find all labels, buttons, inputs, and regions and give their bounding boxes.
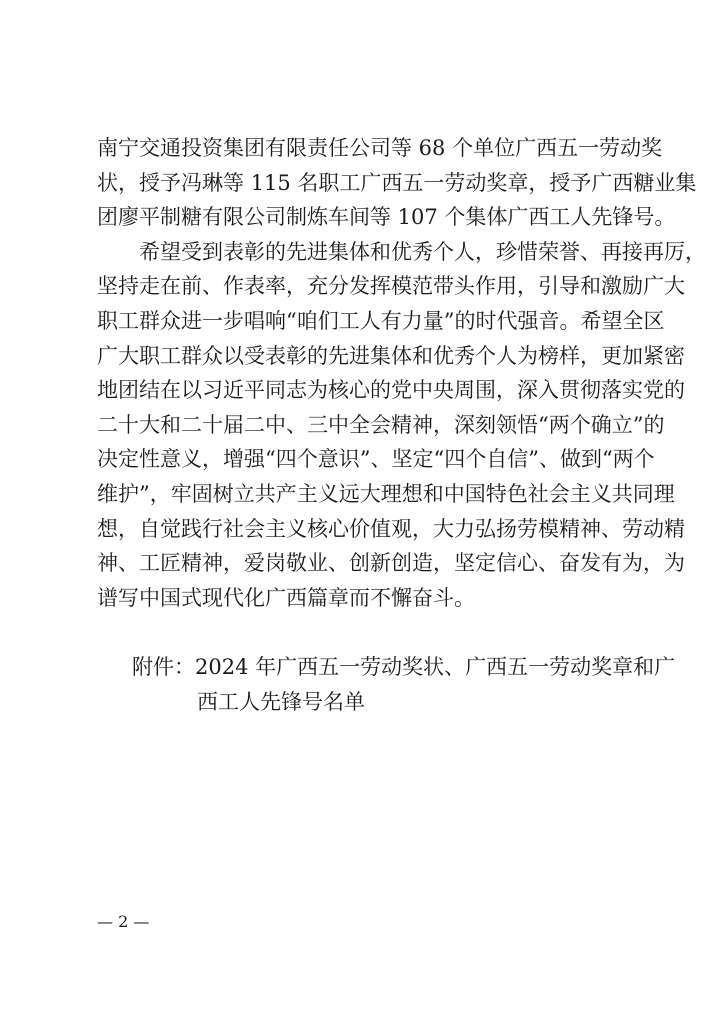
attachment-line-2: 西工人先锋号名单 <box>132 685 629 720</box>
paragraph-2-line-9: 想，自觉践行社会主义核心价值观，大力弘扬劳模精神、劳动精 <box>97 512 629 547</box>
document-page: 南宁交通投资集团有限责任公司等 68 个单位广西五一劳动奖 状，授予冯琳等 11… <box>0 0 719 1017</box>
paragraph-1-line-3: 团廖平制糖有限公司制炼车间等 107 个集体广西工人先锋号。 <box>97 200 629 235</box>
paragraph-2-line-2: 坚持走在前、作表率，充分发挥模范带头作用，引导和激励广大 <box>97 269 629 304</box>
paragraph-2-line-4: 广大职工群众以受表彰的先进集体和优秀个人为榜样，更加紧密 <box>97 339 629 374</box>
paragraph-2-line-7: 决定性意义，增强“四个意识”、坚定“四个自信”、做到“两个 <box>97 442 629 477</box>
attachment-line-1: 附件：2024 年广西五一劳动奖状、广西五一劳动奖章和广 <box>132 650 629 685</box>
attachment-note: 附件：2024 年广西五一劳动奖状、广西五一劳动奖章和广 西工人先锋号名单 <box>132 650 629 719</box>
paragraph-2-line-1: 希望受到表彰的先进集体和优秀个人，珍惜荣誉、再接再厉， <box>97 235 629 270</box>
document-body: 南宁交通投资集团有限责任公司等 68 个单位广西五一劳动奖 状，授予冯琳等 11… <box>97 131 629 615</box>
paragraph-2-line-11: 谱写中国式现代化广西篇章而不懈奋斗。 <box>97 581 629 616</box>
paragraph-2-line-10: 神、工匠精神，爱岗敬业、创新创造，坚定信心、奋发有为，为 <box>97 546 629 581</box>
paragraph-2-line-3: 职工群众进一步唱响“咱们工人有力量”的时代强音。希望全区 <box>97 304 629 339</box>
paragraph-1-line-1: 南宁交通投资集团有限责任公司等 68 个单位广西五一劳动奖 <box>97 131 629 166</box>
paragraph-2-line-8: 维护”，牢固树立共产主义远大理想和中国特色社会主义共同理 <box>97 477 629 512</box>
paragraph-2-line-5: 地团结在以习近平同志为核心的党中央周围，深入贯彻落实党的 <box>97 373 629 408</box>
page-number: — 2 — <box>97 911 149 933</box>
paragraph-2-line-6: 二十大和二十届二中、三中全会精神，深刻领悟“两个确立”的 <box>97 408 629 443</box>
paragraph-1-line-2: 状，授予冯琳等 115 名职工广西五一劳动奖章，授予广西糖业集 <box>97 166 629 201</box>
